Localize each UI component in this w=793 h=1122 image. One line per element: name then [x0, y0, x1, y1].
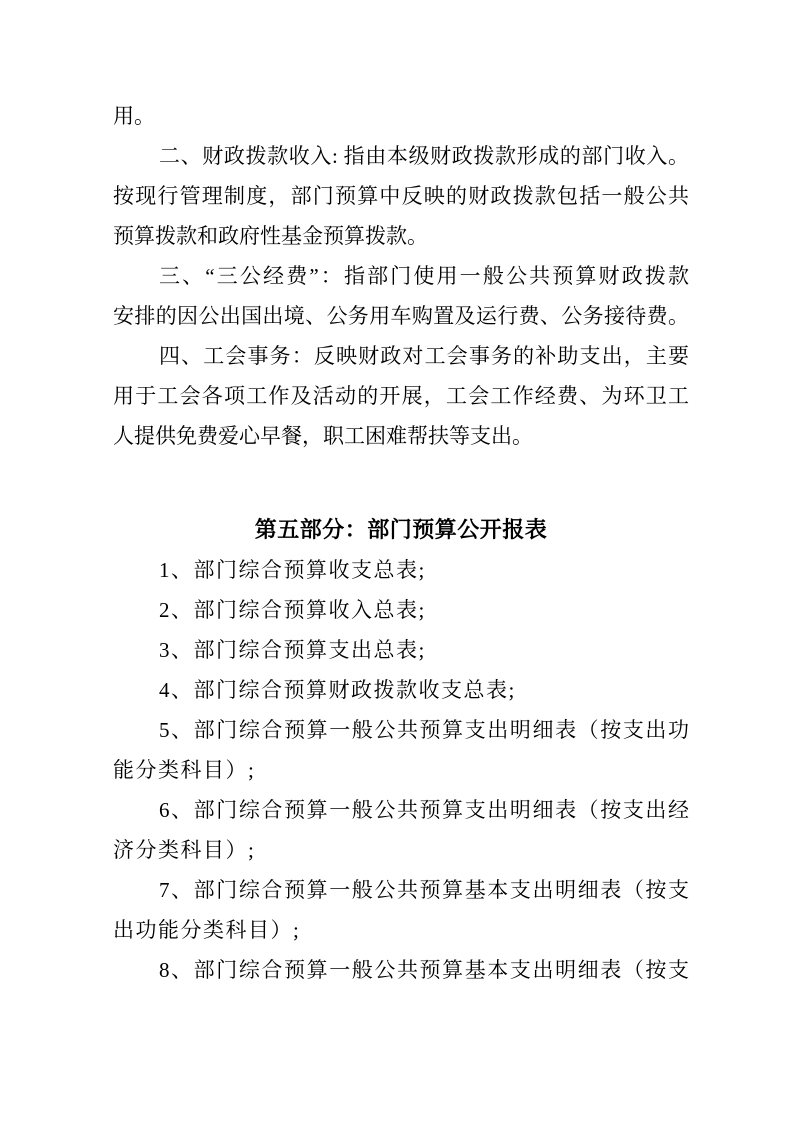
- text-line: 安排的因公出国出境、公务用车购置及运行费、公务接待费。: [113, 296, 689, 336]
- text-line: 二、财政拨款收入: 指由本级财政拨款形成的部门收入。: [113, 136, 689, 176]
- text-line: 预算拨款和政府性基金预算拨款。: [113, 216, 689, 256]
- text-line: 用于工会各项工作及活动的开展，工会工作经费、为环卫工: [113, 376, 689, 416]
- text-line: 三、“三公经费”：指部门使用一般公共预算财政拨款: [113, 256, 689, 296]
- text-line: 1、部门综合预算收支总表;: [113, 550, 689, 590]
- text-line: 四、工会事务：反映财政对工会事务的补助支出，主要: [113, 336, 689, 376]
- text-line: 4、部门综合预算财政拨款收支总表;: [113, 670, 689, 710]
- text-line: 3、部门综合预算支出总表;: [113, 630, 689, 670]
- text-line: 人提供免费爱心早餐，职工困难帮扶等支出。: [113, 416, 689, 456]
- text-line: 能分类科目）;: [113, 750, 689, 790]
- text-line: 6、部门综合预算一般公共预算支出明细表（按支出经: [113, 790, 689, 830]
- text-line: 用。: [113, 96, 689, 136]
- text-line: 2、部门综合预算收入总表;: [113, 590, 689, 630]
- text-line: 出功能分类科目）;: [113, 910, 689, 950]
- document-page: 用。二、财政拨款收入: 指由本级财政拨款形成的部门收入。按现行管理制度，部门预算…: [0, 0, 793, 1122]
- text-line: 7、部门综合预算一般公共预算基本支出明细表（按支: [113, 870, 689, 910]
- document-content: 用。二、财政拨款收入: 指由本级财政拨款形成的部门收入。按现行管理制度，部门预算…: [113, 96, 689, 990]
- text-line: 按现行管理制度，部门预算中反映的财政拨款包括一般公共: [113, 176, 689, 216]
- text-line: 5、部门综合预算一般公共预算支出明细表（按支出功: [113, 710, 689, 750]
- section-gap: [113, 456, 689, 510]
- text-line: 济分类科目）;: [113, 830, 689, 870]
- text-line: 8、部门综合预算一般公共预算基本支出明细表（按支: [113, 950, 689, 990]
- section-heading: 第五部分：部门预算公开报表: [113, 510, 689, 550]
